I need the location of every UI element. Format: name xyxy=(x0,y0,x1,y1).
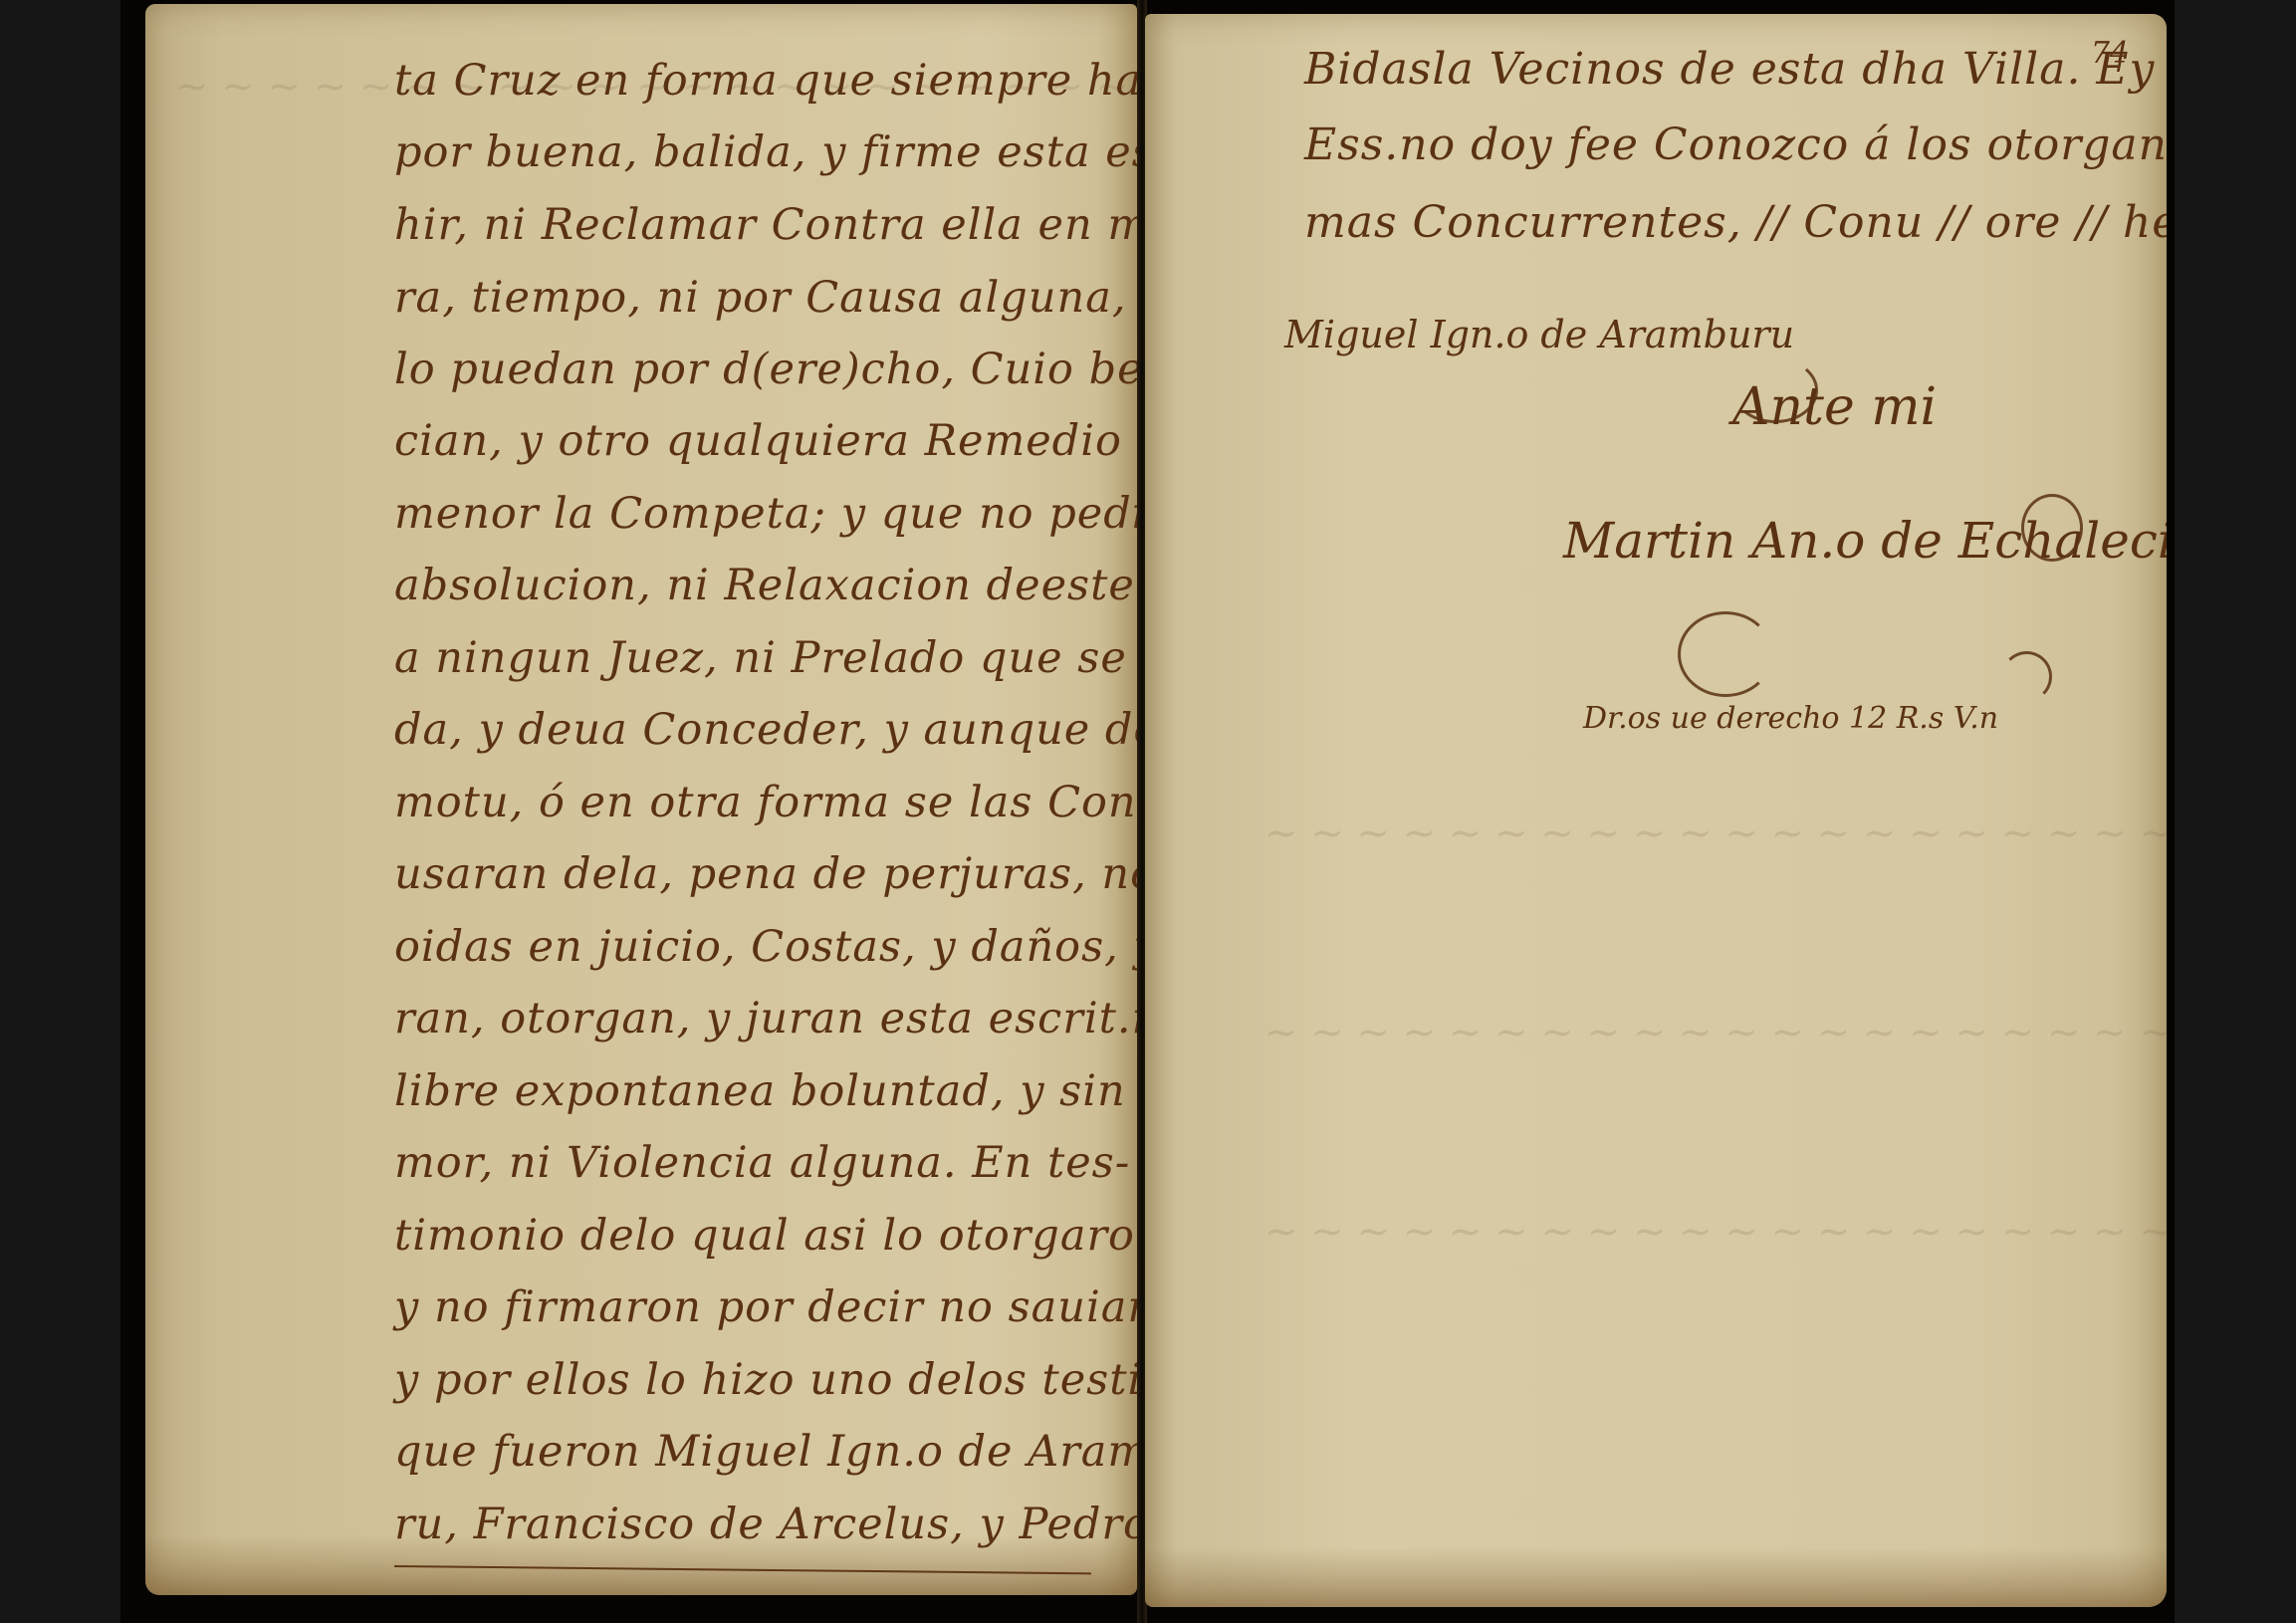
text-line: absolucion, ni Relaxacion deeste juram.t… xyxy=(394,561,1137,610)
text-line: Ess.no doy fee Conozco á los otorgantes,… xyxy=(1304,119,2167,170)
text-line: cian, y otro qualquiera Remedio que les xyxy=(394,416,1137,466)
text-line: ran, otorgan, y juran esta escrit.ra des… xyxy=(394,994,1137,1043)
text-line: mas Concurrentes, // Conu // ore // hech… xyxy=(1304,197,2167,248)
text-line: usaran dela, pena de perjuras, no ser xyxy=(394,849,1137,899)
bleed-through-text: ~ ~ ~ ~ ~ ~ ~ ~ ~ ~ ~ ~ ~ ~ ~ ~ ~ ~ ~ ~ … xyxy=(1264,1209,2167,1255)
text-line: a ningun Juez, ni Prelado que se las pue… xyxy=(394,633,1137,683)
text-line: y por ellos lo hizo uno delos testigos xyxy=(394,1355,1137,1405)
text-line: Bidasla Vecinos de esta dha Villa. Ey yo… xyxy=(1304,44,2167,95)
text-line: oidas en juicio, Costas, y daños, y decl… xyxy=(394,922,1137,972)
text-line: libre expontanea boluntad, y sin te- xyxy=(394,1066,1137,1116)
edge-stain xyxy=(1145,1547,2167,1607)
text-line: y no firmaron por decir no sauian xyxy=(394,1282,1137,1332)
fees-note: Dr.os ue derecho 12 R.s V.n xyxy=(1583,701,1998,736)
rubric-rosette xyxy=(2021,494,2083,562)
text-line: timonio delo qual asi lo otorgaron xyxy=(394,1211,1137,1261)
text-line: motu, ó en otra forma se las Conceda, no xyxy=(394,778,1137,827)
rubric-tail xyxy=(2001,651,2052,702)
edge-stain xyxy=(145,1535,1137,1595)
text-line: da, y deua Conceder, y aunque de propio xyxy=(394,705,1137,755)
ante-mi-label: Ante mi xyxy=(1732,377,1937,437)
text-line: ta Cruz en forma que siempre habran xyxy=(394,56,1137,106)
right-page: 74 Bidasla Vecinos de esta dha Villa. Ey… xyxy=(1145,14,2167,1607)
text-line: lo puedan por d(ere)cho, Cuio beneficio … xyxy=(394,345,1137,394)
text-line: ra, tiempo, ni por Causa alguna, aunque xyxy=(394,273,1137,323)
text-line: que fueron Miguel Ign.o de Arambu- xyxy=(394,1427,1137,1477)
text-line: menor la Competa; y que no pediran xyxy=(394,489,1137,539)
bleed-through-text: ~ ~ ~ ~ ~ ~ ~ ~ ~ ~ ~ ~ ~ ~ ~ ~ ~ ~ ~ ~ … xyxy=(1264,811,2167,856)
witness-signature: Miguel Ign.o de Aramburu xyxy=(1284,313,1794,356)
bleed-through-text: ~ ~ ~ ~ ~ ~ ~ ~ ~ ~ ~ ~ ~ ~ ~ ~ ~ ~ ~ ~ … xyxy=(1264,1010,2167,1055)
text-line: mor, ni Violencia alguna. En tes- xyxy=(394,1138,1130,1188)
text-line: por buena, balida, y firme esta escrit.r… xyxy=(394,127,1137,177)
rubric-loop xyxy=(1678,611,1773,697)
left-page: ~ ~ ~ ~ ~ ~ ~ ~ ~ ~ ~ ~ ~ ~ ~ ~ ~ ~ ~ ~ … xyxy=(145,4,1137,1595)
text-line: hir, ni Reclamar Contra ella en mane- xyxy=(394,200,1137,250)
